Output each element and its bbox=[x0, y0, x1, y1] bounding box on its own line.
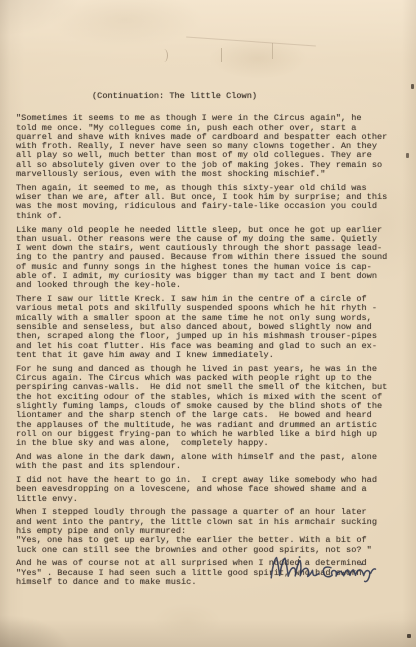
paragraph: Then again, it seemed to me, as though t… bbox=[16, 184, 408, 221]
paragraph: "Sometimes it seems to me as though I we… bbox=[16, 114, 408, 179]
typewritten-text-block: (Continuation: The little Clown) "Someti… bbox=[16, 92, 408, 592]
paragraph: For he sung and danced as though he live… bbox=[16, 365, 408, 449]
paragraph: I did not have the heart to go in. I cre… bbox=[16, 476, 408, 504]
paragraph: And was alone in the dark dawn, alone wi… bbox=[16, 453, 408, 472]
signature-handwriting bbox=[265, 547, 378, 593]
signature bbox=[265, 547, 378, 593]
paragraph: There I saw our little Kreck. I saw him … bbox=[16, 295, 408, 360]
paragraph: Like many old people he needed little sl… bbox=[16, 226, 408, 291]
page-heading: (Continuation: The little Clown) bbox=[92, 92, 408, 101]
